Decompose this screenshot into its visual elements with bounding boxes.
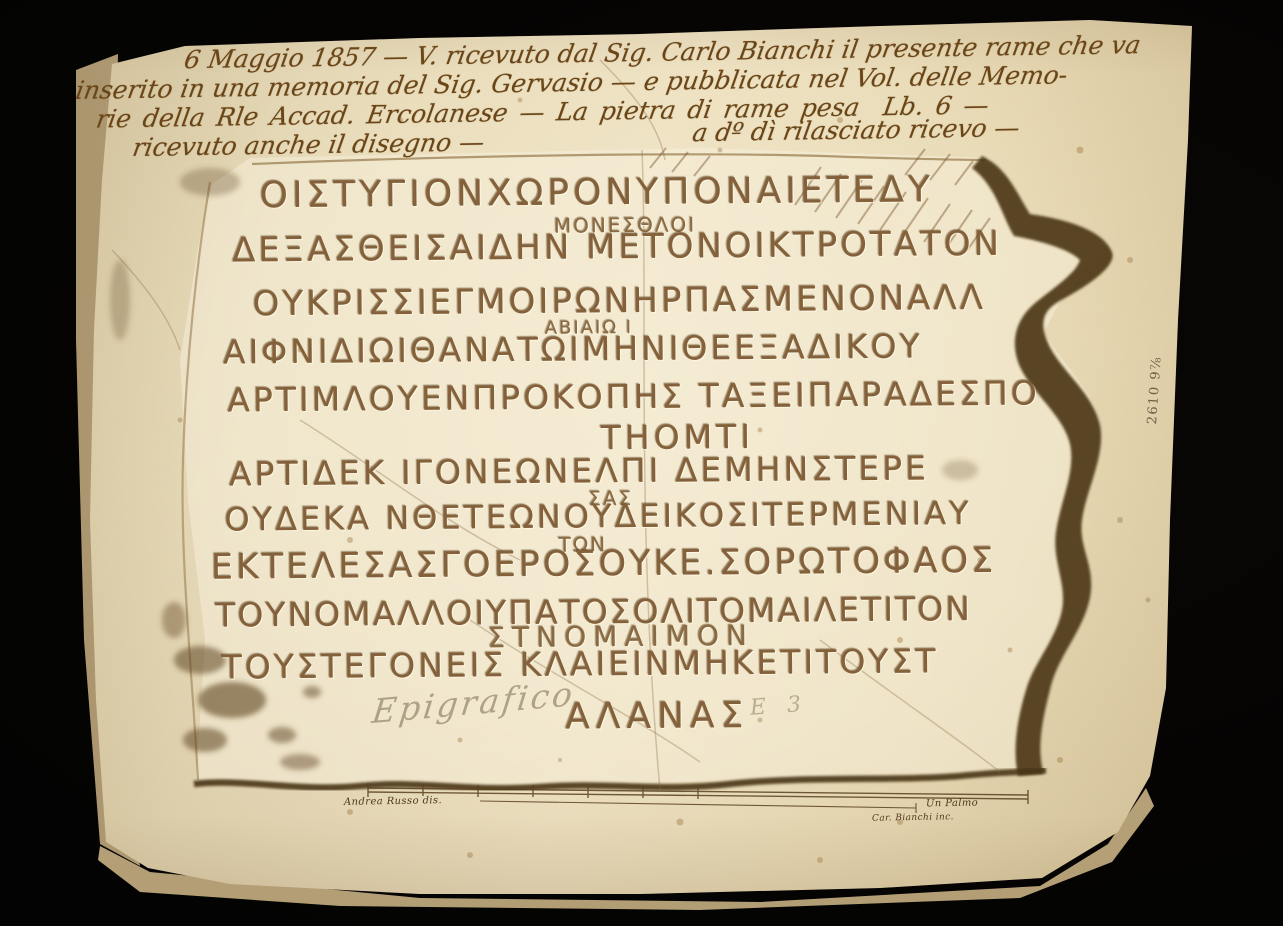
greek-line-11: ΑΛΑΝΑΣ	[565, 695, 750, 738]
greek-line-1: ΟΙΣΤΥΓΙΟΝΧΩΡΟΝΥΠΟΝΑΙΕΤΕΔΥ	[259, 169, 934, 216]
greek-line-6: ΑΡΤΙΔΕΚ ΙΓΟΝΕΩΝΕΛΠΙ ΔΕΜΗΝΣΤΕΡΕ	[229, 448, 929, 493]
greek-line-8: ΕΚΤΕΛΕΣΑΣΓΟΕΡΟΣΟΥΚΕ.ΣΟΡΩΤΟΦΑΟΣ	[211, 541, 997, 588]
greek-line-2: ΔΕΞΑΣΘΕΙΣΑΙΔΗΝ ΜΕΤΟΝΟΙΚΤΡΟΤΑΤΟΝ	[232, 224, 1002, 271]
pencil-side-mark: E 3	[749, 692, 802, 721]
caption-engraver: Car. Bianchi inc.	[872, 812, 954, 823]
greek-line-4: ΑΙΦΝΙΔΙΩΙΘΑΝΑΤΩΙΜΗΝΙΘΕΕΞΑΔΙΚΟΥ	[223, 327, 923, 372]
caption-scale-label: Un Palmo	[926, 798, 978, 810]
photograph-of-engraved-plate: 6 Maggio 1857 — V. ricevuto dal Sig. Car…	[0, 0, 1283, 926]
greek-line-10: ΤΟΥΣΤΕΓΟΝΕΙΣ ΚΛΑΙΕΙΝΜΗΚΕΤΙΤΟΥΣΤ	[222, 641, 939, 686]
greek-line-5: ΑΡΤΙΜΛΟΥΕΝΠΡΟΚΟΠΗΣ ΤΑΞΕΙΠΑΡΑΔΕΣΠΟ	[227, 374, 1040, 420]
greek-inscription: ΟΙΣΤΥΓΙΟΝΧΩΡΟΝΥΠΟΝΑΙΕΤΕΔΥ ΜΟΝΕΣΘΛΟΙ ΔΕΞΑ…	[0, 0, 1283, 926]
caption-draftsman: Andrea Russo dis.	[344, 795, 442, 808]
